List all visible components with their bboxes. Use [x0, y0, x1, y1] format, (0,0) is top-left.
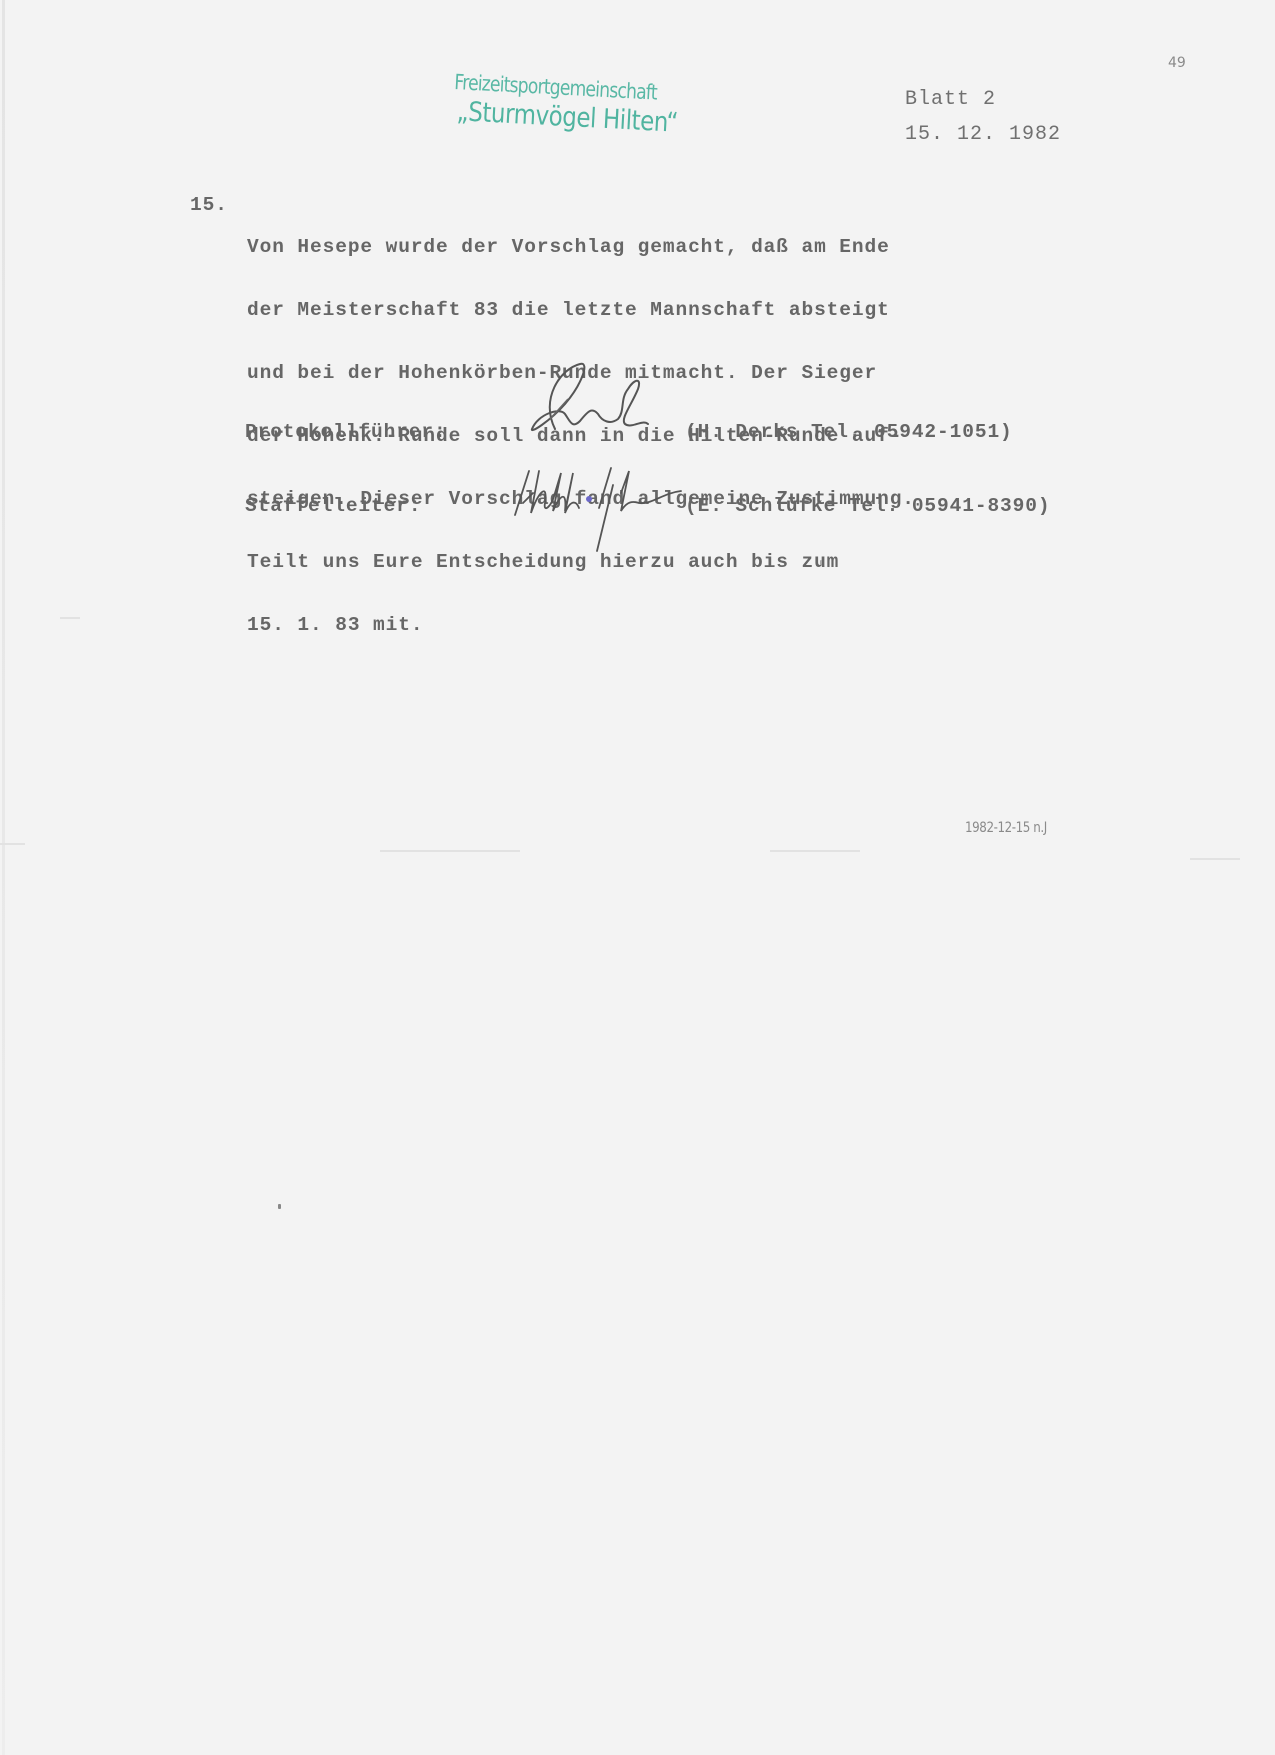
signature-row-league-manager: Staffelleiter: (E. Schlüfke Tel. 05941-8…	[245, 495, 270, 583]
signature-label: Protokollführer:	[245, 421, 447, 443]
item-line: der Meisterschaft 83 die letzte Mannscha…	[247, 300, 915, 321]
agenda-item: 15. Von Hesepe wurde der Vorschlag gemac…	[190, 195, 215, 258]
item-line: Teilt uns Eure Entscheidung hierzu auch …	[247, 552, 915, 573]
item-number: 15.	[190, 195, 228, 216]
handwritten-signature-icon	[503, 463, 703, 553]
scan-artifact	[1190, 858, 1240, 860]
scan-artifact	[380, 850, 520, 852]
scan-artifact	[820, 560, 822, 565]
scan-artifact	[0, 843, 25, 845]
signature-label: Staffelleiter:	[245, 495, 421, 517]
club-stamp: Freizeitsportgemeinschaft „Sturmvögel Hi…	[452, 70, 719, 141]
scan-artifact	[60, 617, 80, 619]
league-manager-contact: (E. Schlüfke Tel. 05941-8390)	[685, 495, 1050, 517]
item-line: 15. 1. 83 mit.	[247, 615, 915, 636]
handwritten-signature-icon	[520, 359, 670, 449]
archive-number: 1982-12-15 n.J	[965, 820, 1047, 836]
scan-artifact	[278, 1204, 281, 1209]
document-date: 15. 12. 1982	[905, 117, 1061, 152]
item-line: Von Hesepe wurde der Vorschlag gemacht, …	[247, 237, 915, 258]
page-edge	[2, 0, 5, 1755]
page-corner-mark: 49	[1168, 55, 1186, 71]
sheet-number: Blatt 2	[905, 82, 1061, 117]
page-header: Blatt 2 15. 12. 1982	[905, 82, 1061, 152]
scan-artifact	[770, 850, 860, 852]
recorder-contact: (H. Derks Tel. 05942-1051)	[685, 421, 1013, 443]
